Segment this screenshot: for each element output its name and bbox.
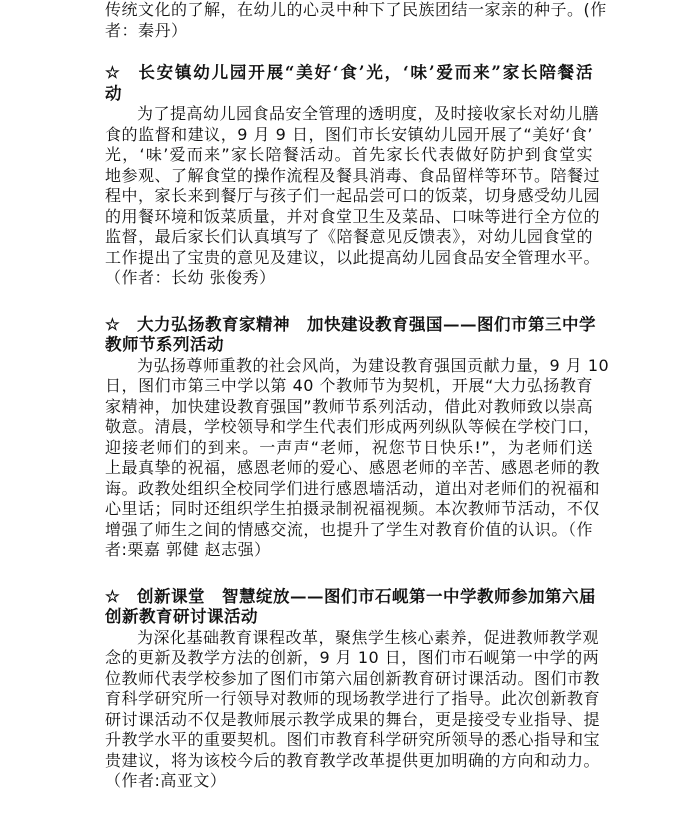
text-line: 为了提高幼儿园食品安全管理的透明度，及时接收家长对幼儿膳 bbox=[105, 104, 593, 125]
text-line: 家精神，加快建设教育强国”教师节系列活动，借此对教师致以崇高 bbox=[105, 397, 593, 418]
text-line: 心里话；同时还组织学生拍摄录制祝福视频。本次教师节活动，不仅 bbox=[105, 499, 593, 520]
text-line: 工作提出了宝贵的意见及建议，以此提高幼儿园食品安全管理水平。 bbox=[105, 248, 593, 269]
author-line: （作者:高亚文） bbox=[105, 771, 593, 792]
text-line: 育科学研究所一行领导对教师的现场教学进行了指导。此次创新教育 bbox=[105, 689, 593, 710]
author-line: 者:栗嘉 郭健 赵志强） bbox=[105, 540, 593, 561]
text-line: 食的监督和建议，9 月 9 日，图们市长安镇幼儿园开展了“美好‘食’ bbox=[105, 125, 593, 146]
text-line: 的用餐环境和饭菜质量，并对食堂卫生及菜品、口味等进行全方位的 bbox=[105, 207, 593, 228]
text-line: 程中，家长来到餐厅与孩子们一起品尝可口的饭菜，切身感受幼儿园 bbox=[105, 186, 593, 207]
article-title: ☆长安镇幼儿园开展“美好‘食’光，‘味’爱而来”家长陪餐活 bbox=[105, 63, 593, 84]
article-title: ☆大力弘扬教育家精神 加快建设教育强国——图们市第三中学 bbox=[105, 315, 593, 336]
text-line: 日，图们市第三中学以第 40 个教师节为契机，开展“大力弘扬教育 bbox=[105, 376, 593, 397]
star-icon: ☆ bbox=[105, 587, 137, 608]
text-line: 位教师代表学校参加了图们市第六届创新教育研讨课活动。图们市教 bbox=[105, 669, 593, 690]
text-line: 地参观、了解食堂的操作流程及餐具消毒、食品留样等环节。陪餐过 bbox=[105, 166, 593, 187]
article-kindergarten-meal: ☆长安镇幼儿园开展“美好‘食’光，‘味’爱而来”家长陪餐活 动 为了提高幼儿园食… bbox=[105, 63, 593, 289]
text-line: 贵建议，将为该校今后的教育教学改革提供更加明确的方向和动力。 bbox=[105, 751, 593, 772]
text-line: 为深化基础教育课程改革，聚焦学生核心素养，促进教师教学观 bbox=[105, 628, 593, 649]
star-icon: ☆ bbox=[105, 315, 137, 336]
text-line: 增强了师生之间的情感交流，也提升了学生对教育价值的认识。（作 bbox=[105, 520, 593, 541]
article-innovation-class: ☆创新课堂 智慧绽放——图们市石岘第一中学教师参加第六届 创新教育研讨课活动 为… bbox=[105, 587, 593, 792]
author-line: （作者：长幼 张俊秀） bbox=[105, 268, 593, 289]
text-line: 上最真挚的祝福，感恩老师的爱心、感恩老师的辛苦、感恩老师的教 bbox=[105, 458, 593, 479]
article-title-cont: 教师节系列活动 bbox=[105, 335, 593, 356]
star-icon: ☆ bbox=[105, 63, 137, 84]
article-title-cont: 创新教育研讨课活动 bbox=[105, 607, 593, 628]
document-page: 传统文化的了解，在幼儿的心灵中种下了民族团结一家亲的种子。(作 者：秦丹） ☆长… bbox=[105, 0, 593, 792]
text-line: 升教学水平的重要契机。图们市教育科学研究所领导的悉心指导和宝 bbox=[105, 730, 593, 751]
text-line: 研讨课活动不仅是教师展示教学成果的舞台，更是接受专业指导、提 bbox=[105, 710, 593, 731]
text-line: 念的更新及教学方法的创新，9 月 10 日，图们市石岘第一中学的两 bbox=[105, 648, 593, 669]
text-line: 为弘扬尊师重教的社会风尚，为建设教育强国贡献力量，9 月 10 bbox=[105, 356, 593, 377]
article-title: ☆创新课堂 智慧绽放——图们市石岘第一中学教师参加第六届 bbox=[105, 587, 593, 608]
text-line: 监督，最后家长们认真填写了《陪餐意见反馈表》，对幼儿园食堂的 bbox=[105, 227, 593, 248]
article-title-cont: 动 bbox=[105, 84, 593, 105]
text-line: 光，‘味’爱而来”家长陪餐活动。首先家长代表做好防护到食堂实 bbox=[105, 145, 593, 166]
text-line: 迎接老师们的到来。一声声“老师，祝您节日快乐!”，为老师们送 bbox=[105, 438, 593, 459]
intro-paragraph: 传统文化的了解，在幼儿的心灵中种下了民族团结一家亲的种子。(作 者：秦丹） bbox=[105, 0, 593, 41]
article-teachers-day: ☆大力弘扬教育家精神 加快建设教育强国——图们市第三中学 教师节系列活动 为弘扬… bbox=[105, 315, 593, 561]
author-line: 者：秦丹） bbox=[105, 21, 593, 42]
text-line: 传统文化的了解，在幼儿的心灵中种下了民族团结一家亲的种子。(作 bbox=[105, 0, 593, 21]
text-line: 诲。政教处组织全校同学们进行感恩墙活动，道出对老师们的祝福和 bbox=[105, 479, 593, 500]
text-line: 敬意。清晨，学校领导和学生代表们形成两列纵队等候在学校门口， bbox=[105, 417, 593, 438]
